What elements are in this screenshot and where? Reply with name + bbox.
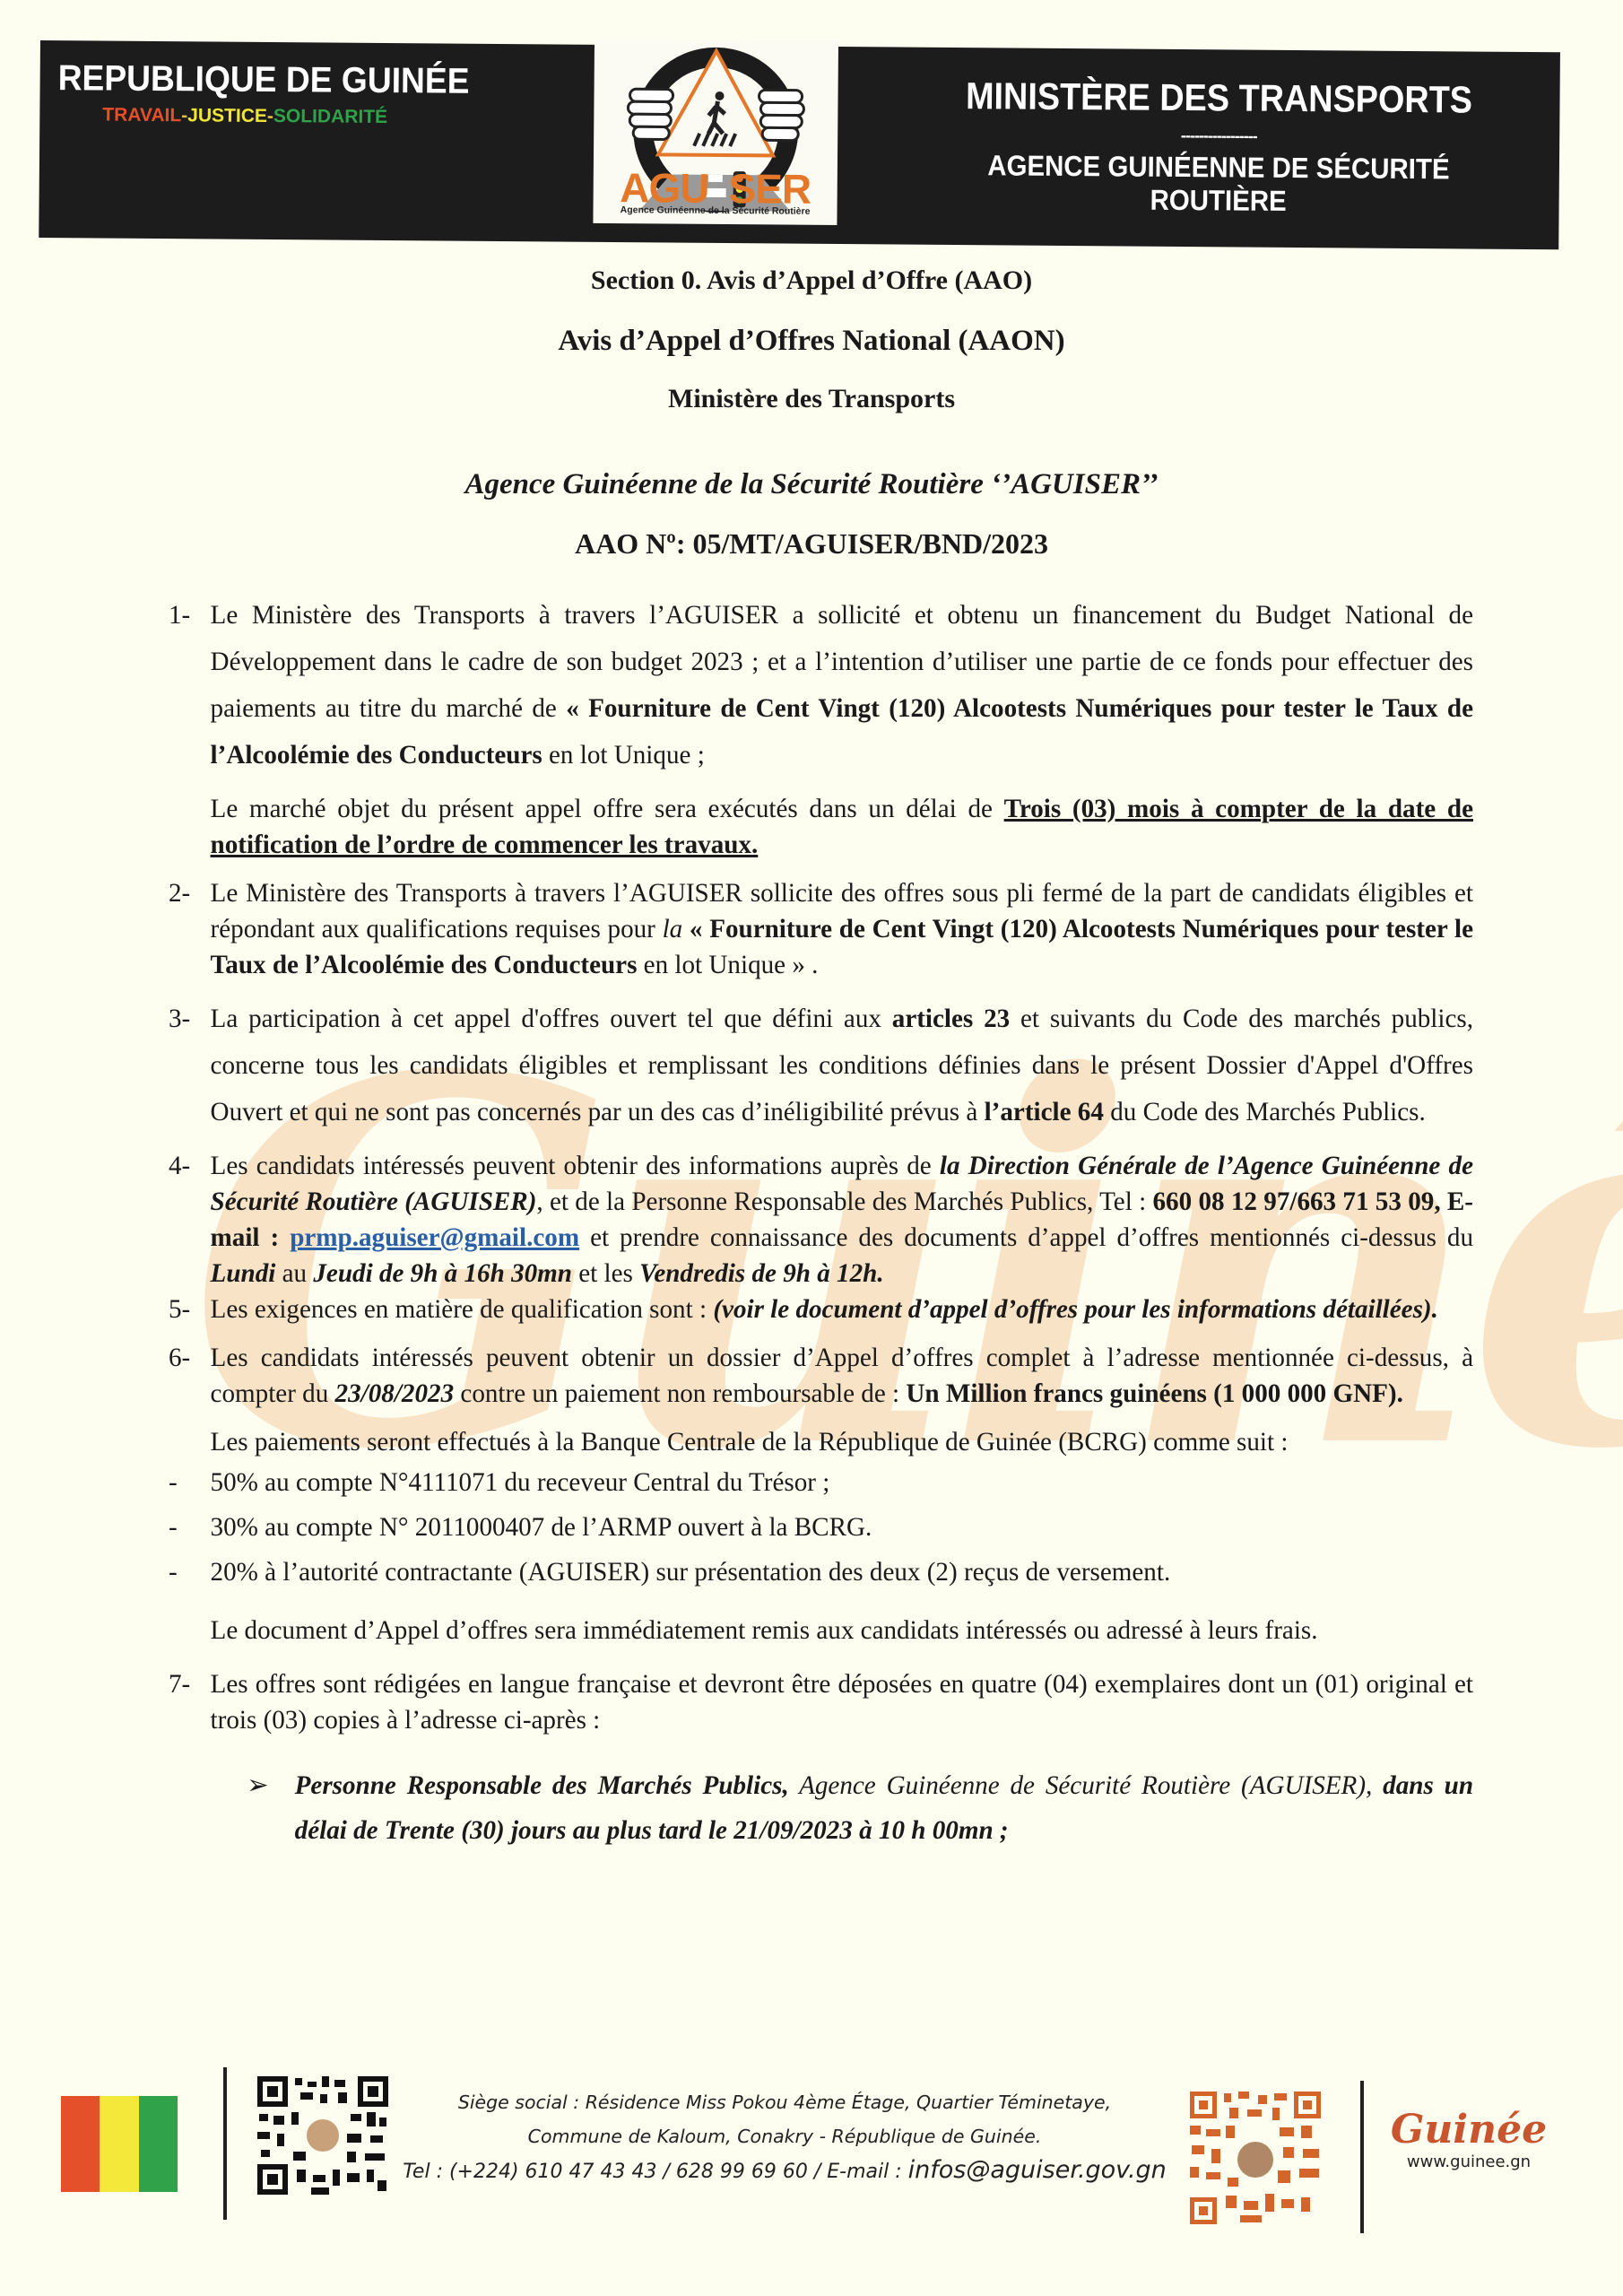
address-line-1: Siège social : Résidence Miss Pokou 4ème… (395, 2085, 1175, 2119)
clause-number: 1- (169, 592, 190, 639)
spacer (169, 1738, 1473, 1763)
submission-address: ➢ Personne Responsable des Marchés Publi… (169, 1763, 1473, 1853)
guinea-flag-icon (61, 2096, 178, 2192)
section-title: Section 0. Avis d’Appel d’Offre (AAO) (0, 265, 1623, 296)
motto-travail: TRAVAIL (102, 105, 181, 126)
payment-text: 20% à l’autorité contractante (AGUISER) … (211, 1557, 1171, 1587)
motto-justice: JUSTICE (187, 105, 267, 126)
text: Les candidats intéressés peuvent obtenir… (211, 1151, 940, 1180)
clause-number: 3- (169, 996, 190, 1042)
national-motto: TRAVAIL-JUSTICE-SOLIDARITÉ (102, 105, 568, 130)
aguiser-logo: AGUSER Agence Guinéenne de la Sécurité R… (593, 39, 838, 225)
flag-yellow (100, 2096, 138, 2192)
ministry-title: Ministère des Transports (0, 384, 1623, 414)
text: contre un paiement non remboursable de : (454, 1378, 906, 1408)
bullet-dash: - (169, 1505, 178, 1550)
country-name: REPUBLIQUE DE GUINÉE (57, 58, 533, 102)
ministry-name: MINISTÈRE DES TRANSPORTS (924, 74, 1514, 122)
spacer (169, 1654, 1473, 1666)
contact-line: Tel : (+224) 610 47 43 43 / 628 99 69 60… (395, 2153, 1175, 2189)
header-banner: REPUBLIQUE DE GUINÉE TRAVAIL-JUSTICE-SOL… (39, 40, 1560, 249)
tender-reference: AAO Nº: 05/MT/AGUISER/BND/2023 (0, 527, 1623, 561)
guinee-wordmark: Guinée (1388, 2108, 1549, 2152)
clause-5: 5- Les exigences en matière de qualifica… (169, 1291, 1473, 1327)
phone-numbers: Tel : (+224) 610 47 43 43 / 628 99 69 60… (403, 2161, 907, 2183)
text: , et de la Personne Responsable des Marc… (536, 1187, 1152, 1216)
footer-address: Siège social : Résidence Miss Pokou 4ème… (395, 2085, 1175, 2189)
orange-qr-code-icon[interactable] (1190, 2092, 1321, 2224)
agency-title: Agence Guinéenne de la Sécurité Routière… (0, 468, 1623, 501)
text: la (663, 914, 683, 944)
text: Le marché objet du présent appel offre s… (211, 794, 1004, 823)
footer-divider (1360, 2081, 1364, 2233)
text: Les exigences en matière de qualificatio… (211, 1294, 714, 1324)
text: et les (572, 1258, 639, 1288)
clause-text: Les offres sont rédigées en langue franç… (211, 1666, 1473, 1738)
text: Agence Guinéenne de Sécurité Routière (A… (789, 1770, 1373, 1800)
notice-title: Avis d’Appel d’Offres National (AAON) (0, 325, 1623, 358)
text: du Code des Marchés Publics. (1104, 1097, 1426, 1126)
guinee-url-link[interactable]: www.guinee.gn (1388, 2152, 1549, 2171)
footer-divider (223, 2067, 227, 2220)
address-line-2: Commune de Kaloum, Conakry - République … (395, 2119, 1175, 2153)
agency-name: AGENCE GUINÉENNE DE SÉCURITÉ ROUTIÈRE (917, 149, 1520, 220)
arrow-bullet-icon: ➢ (247, 1763, 268, 1808)
article-ref: l’article 64 (985, 1097, 1104, 1126)
logo-subtitle: Agence Guinéenne de la Sécurité Routière (593, 204, 837, 217)
availability-date: 23/08/2023 (335, 1378, 455, 1408)
clause-number: 2- (169, 875, 190, 911)
document-page: REPUBLIQUE DE GUINÉE TRAVAIL-JUSTICE-SOL… (0, 0, 1623, 2296)
bullet-dash: - (169, 1460, 178, 1505)
clause-number: 6- (169, 1340, 190, 1376)
republic-block: REPUBLIQUE DE GUINÉE TRAVAIL-JUSTICE-SOL… (57, 49, 569, 129)
opening-hours: Jeudi de 9h à 16h 30mn (313, 1258, 572, 1288)
opening-hours-friday: Vendredis de 9h à 12h. (639, 1258, 883, 1288)
article-ref: articles 23 (892, 1004, 1010, 1033)
spacer (211, 778, 1473, 791)
payment-item: -20% à l’autorité contractante (AGUISER)… (169, 1550, 1473, 1595)
notice-body: 1- Le Ministère des Transports à travers… (169, 592, 1473, 1853)
clause-6: 6- Les candidats intéressés peuvent obte… (169, 1340, 1473, 1460)
footer-email-link[interactable]: infos@aguiser.gov.gn (908, 2156, 1167, 2184)
text: et prendre connaissance des documents d’… (579, 1222, 1473, 1252)
spacer (169, 1135, 1473, 1148)
clause-text: Le Ministère des Transports à travers l’… (211, 875, 1473, 983)
spacer (169, 1595, 1473, 1607)
clause-text: Le Ministère des Transports à travers l’… (211, 592, 1473, 778)
clause-2: 2- Le Ministère des Transports à travers… (169, 875, 1473, 983)
payment-item: -30% au compte N° 2011000407 de l’ARMP o… (169, 1505, 1473, 1550)
text: en lot Unique » . (637, 950, 818, 979)
flag-green (139, 2096, 178, 2192)
clause-3: 3- La participation à cet appel d'offres… (169, 996, 1473, 1135)
clause-text: Les exigences en matière de qualificatio… (211, 1291, 1473, 1327)
text: Personne Responsable des Marchés Publics… (295, 1770, 789, 1800)
bullet-dash: - (169, 1550, 178, 1595)
clause-number: 4- (169, 1148, 190, 1184)
payment-text: 50% au compte N°4111071 du receveur Cent… (211, 1467, 830, 1497)
motto-solidarite: SOLIDARITÉ (273, 106, 387, 127)
clause-7: 7- Les offres sont rédigées en langue fr… (169, 1666, 1473, 1738)
payment-item: -50% au compte N°4111071 du receveur Cen… (169, 1460, 1473, 1505)
ministry-block: MINISTÈRE DES TRANSPORTS ---------------… (891, 47, 1547, 220)
qr-code-icon[interactable] (257, 2076, 388, 2195)
spacer (169, 863, 1473, 875)
clause-number: 7- (169, 1666, 190, 1702)
text: au (275, 1258, 313, 1288)
clause-4: 4- Les candidats intéressés peuvent obte… (169, 1148, 1473, 1291)
text: Lundi (211, 1258, 276, 1288)
guinee-brand-logo[interactable]: Guinée www.guinee.gn (1388, 2108, 1549, 2171)
clause-text-delay: Le marché objet du présent appel offre s… (211, 791, 1473, 863)
clause-text: La participation à cet appel d'offres ou… (211, 996, 1473, 1135)
header-separator: ----------------- (891, 124, 1546, 148)
text: (voir le document d’appel d’offres pour … (713, 1294, 1438, 1324)
tender-fee: Un Million francs guinéens (1 000 000 GN… (906, 1378, 1403, 1408)
flag-red (61, 2096, 100, 2192)
spacer (169, 1327, 1473, 1340)
spacer (211, 1412, 1473, 1424)
payment-text: 30% au compte N° 2011000407 de l’ARMP ou… (211, 1512, 872, 1542)
submission-text: Personne Responsable des Marchés Publics… (295, 1763, 1473, 1853)
payments-intro: Les paiements seront effectués à la Banq… (211, 1424, 1473, 1460)
clause-number: 5- (169, 1291, 190, 1327)
clause-text: Les candidats intéressés peuvent obtenir… (211, 1340, 1473, 1412)
clause-text: Les candidats intéressés peuvent obtenir… (211, 1148, 1473, 1291)
spacer (169, 983, 1473, 996)
closing-paragraph: Le document d’Appel d’offres sera immédi… (169, 1607, 1473, 1654)
text: en lot Unique ; (542, 740, 705, 770)
text: La participation à cet appel d'offres ou… (211, 1004, 892, 1033)
contact-email-link[interactable]: prmp.aguiser@gmail.com (290, 1222, 579, 1252)
clause-1: 1- Le Ministère des Transports à travers… (169, 592, 1473, 863)
closing-text: Le document d’Appel d’offres sera immédi… (211, 1607, 1473, 1654)
